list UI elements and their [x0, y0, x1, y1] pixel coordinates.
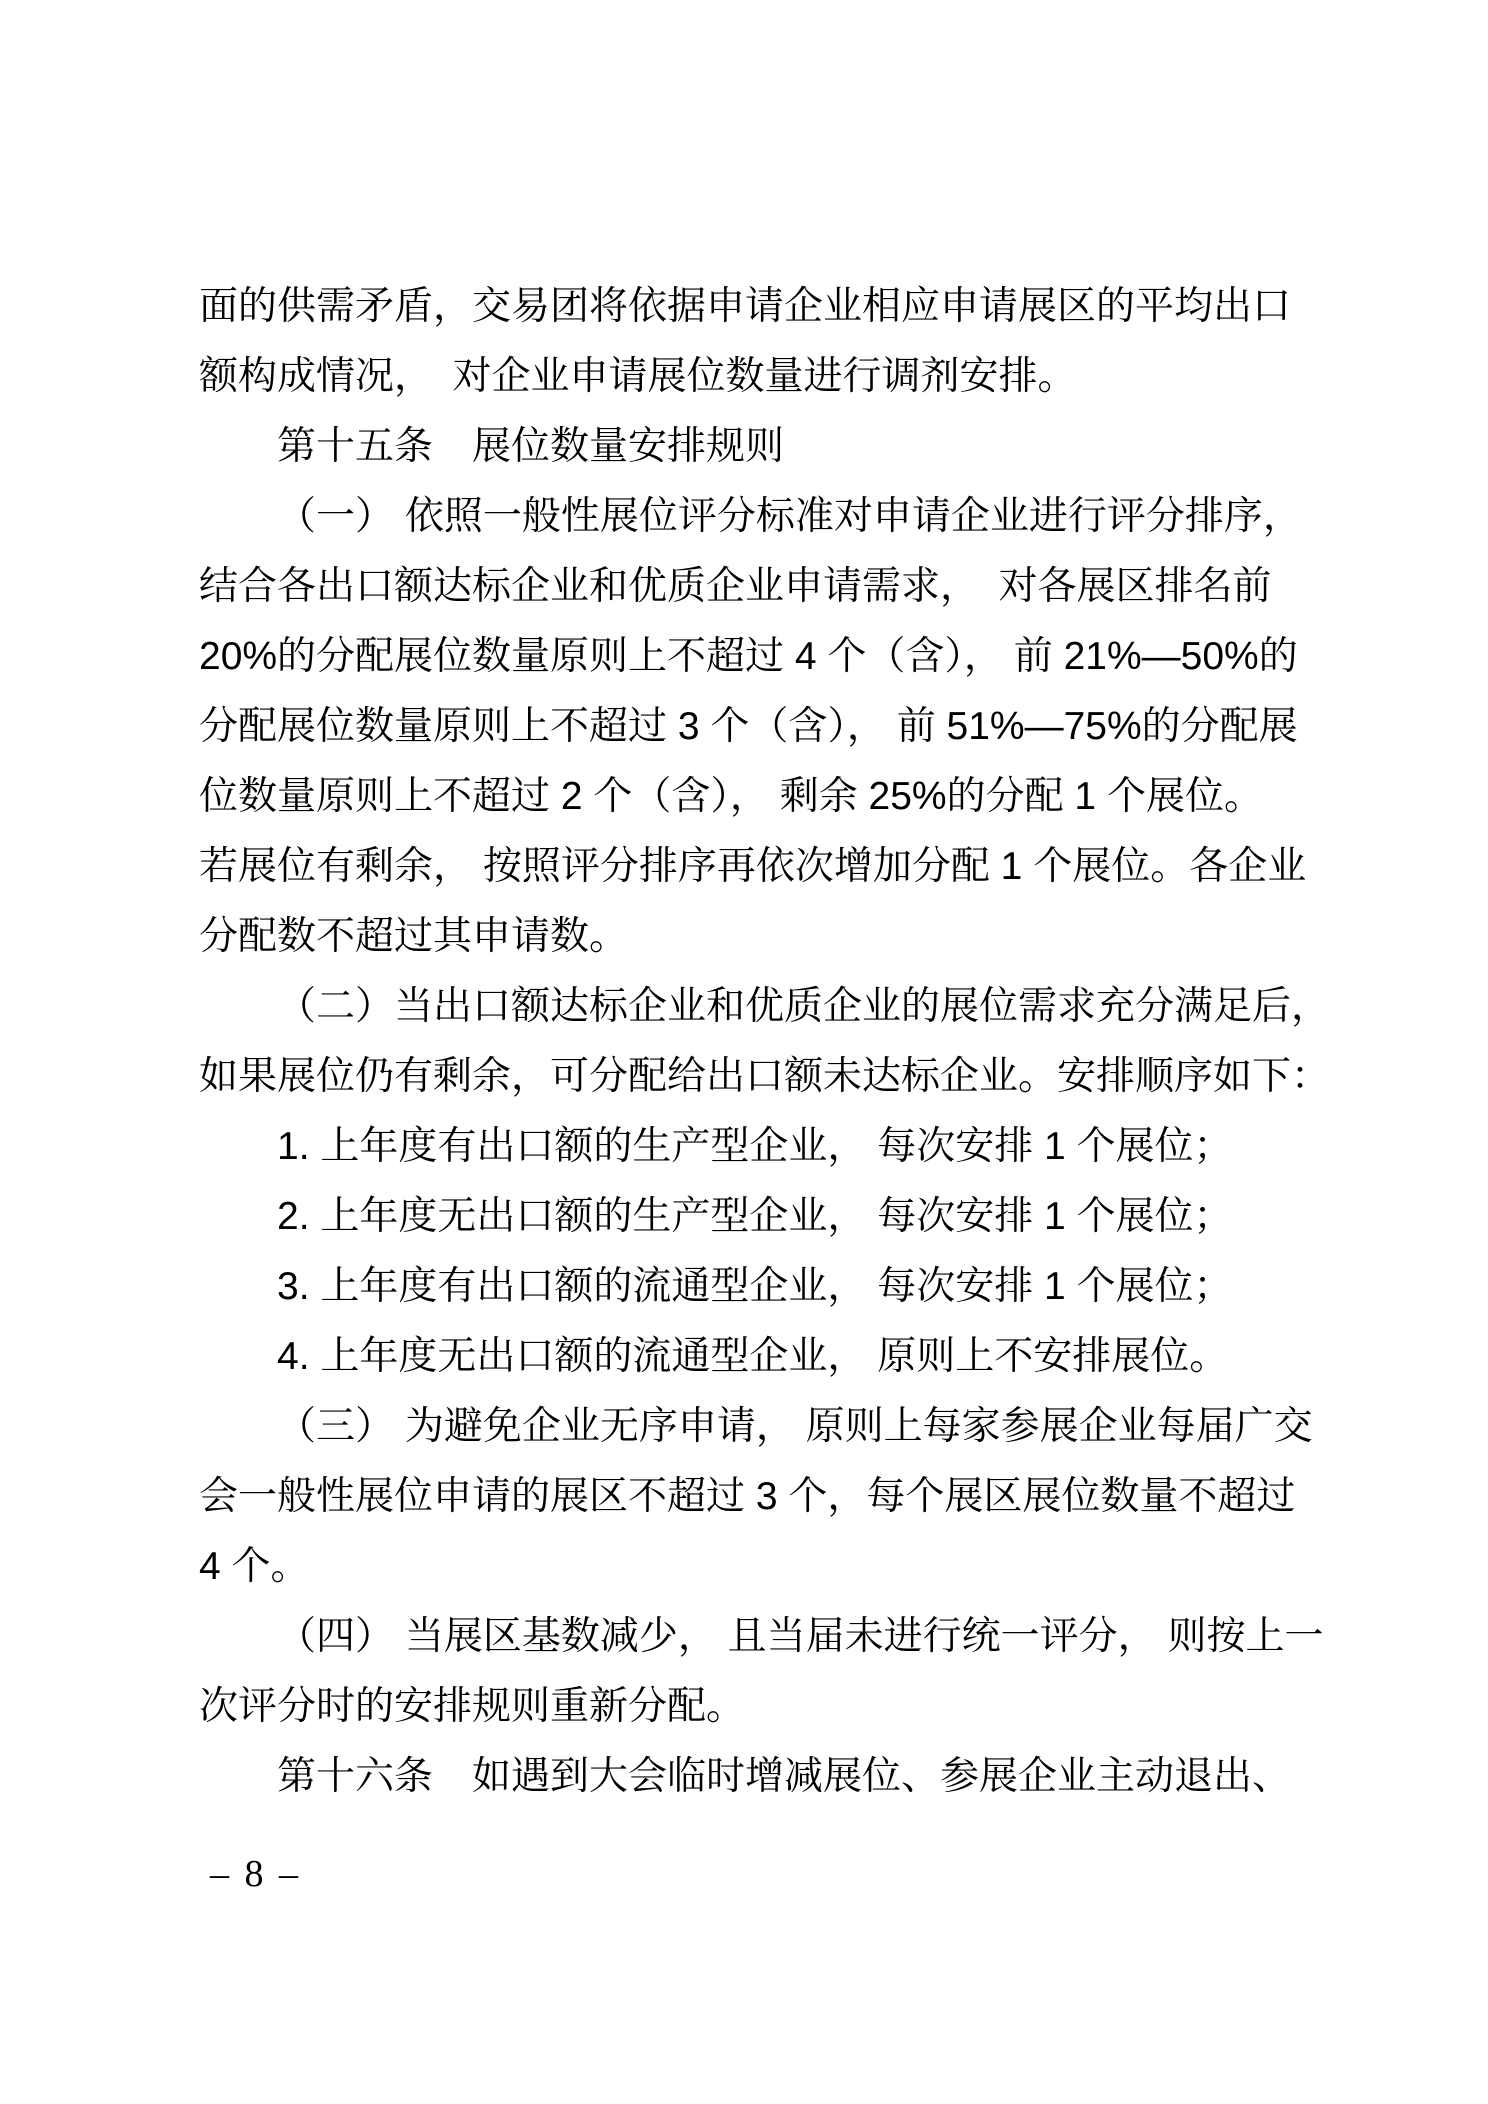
text-line: 4 个。	[199, 1532, 1339, 1602]
text-line: 会一般性展位申请的展区不超过 3 个，每个展区展位数量不超过	[199, 1462, 1339, 1532]
text-line: 分配展位数量原则上不超过 3 个（含）， 前 51%—75%的分配展	[199, 692, 1339, 762]
text-line-list-3: 3. 上年度有出口额的流通型企业， 每次安排 1 个展位；	[199, 1252, 1339, 1322]
text-line-article-15-heading: 第十五条 展位数量安排规则	[199, 412, 1339, 482]
document-body: 面的供需矛盾，交易团将依据申请企业相应申请展区的平均出口 额构成情况， 对企业申…	[199, 272, 1339, 1812]
text-line: 次评分时的安排规则重新分配。	[199, 1672, 1339, 1742]
text-line-article-16-heading: 第十六条 如遇到大会临时增减展位、参展企业主动退出、	[199, 1742, 1339, 1812]
text-line: 结合各出口额达标企业和优质企业申请需求， 对各展区排名前	[199, 552, 1339, 622]
text-line-list-2: 2. 上年度无出口额的生产型企业， 每次安排 1 个展位；	[199, 1182, 1339, 1252]
text-line-item-3-start: （三） 为避免企业无序申请， 原则上每家参展企业每届广交	[199, 1392, 1339, 1462]
text-line-item-1-start: （一） 依照一般性展位评分标准对申请企业进行评分排序，	[199, 482, 1339, 552]
text-line-list-4: 4. 上年度无出口额的流通型企业， 原则上不安排展位。	[199, 1322, 1339, 1392]
text-line: 位数量原则上不超过 2 个（含）， 剩余 25%的分配 1 个展位。	[199, 762, 1339, 832]
text-line-item-4-start: （四） 当展区基数减少， 且当届未进行统一评分， 则按上一	[199, 1602, 1339, 1672]
text-line-list-1: 1. 上年度有出口额的生产型企业， 每次安排 1 个展位；	[199, 1112, 1339, 1182]
text-line: 额构成情况， 对企业申请展位数量进行调剂安排。	[199, 342, 1339, 412]
text-line-item-2-start: （二）当出口额达标企业和优质企业的展位需求充分满足后，	[199, 972, 1339, 1042]
text-line: 分配数不超过其申请数。	[199, 902, 1339, 972]
text-line: 面的供需矛盾，交易团将依据申请企业相应申请展区的平均出口	[199, 272, 1339, 342]
text-line: 若展位有剩余， 按照评分排序再依次增加分配 1 个展位。各企业	[199, 832, 1339, 902]
text-line: 20%的分配展位数量原则上不超过 4 个（含）， 前 21%—50%的	[199, 622, 1339, 692]
page-number: – 8 –	[210, 1851, 301, 1897]
text-line: 如果展位仍有剩余，可分配给出口额未达标企业。安排顺序如下：	[199, 1042, 1339, 1112]
document-page: 面的供需矛盾，交易团将依据申请企业相应申请展区的平均出口 额构成情况， 对企业申…	[0, 0, 1488, 2104]
